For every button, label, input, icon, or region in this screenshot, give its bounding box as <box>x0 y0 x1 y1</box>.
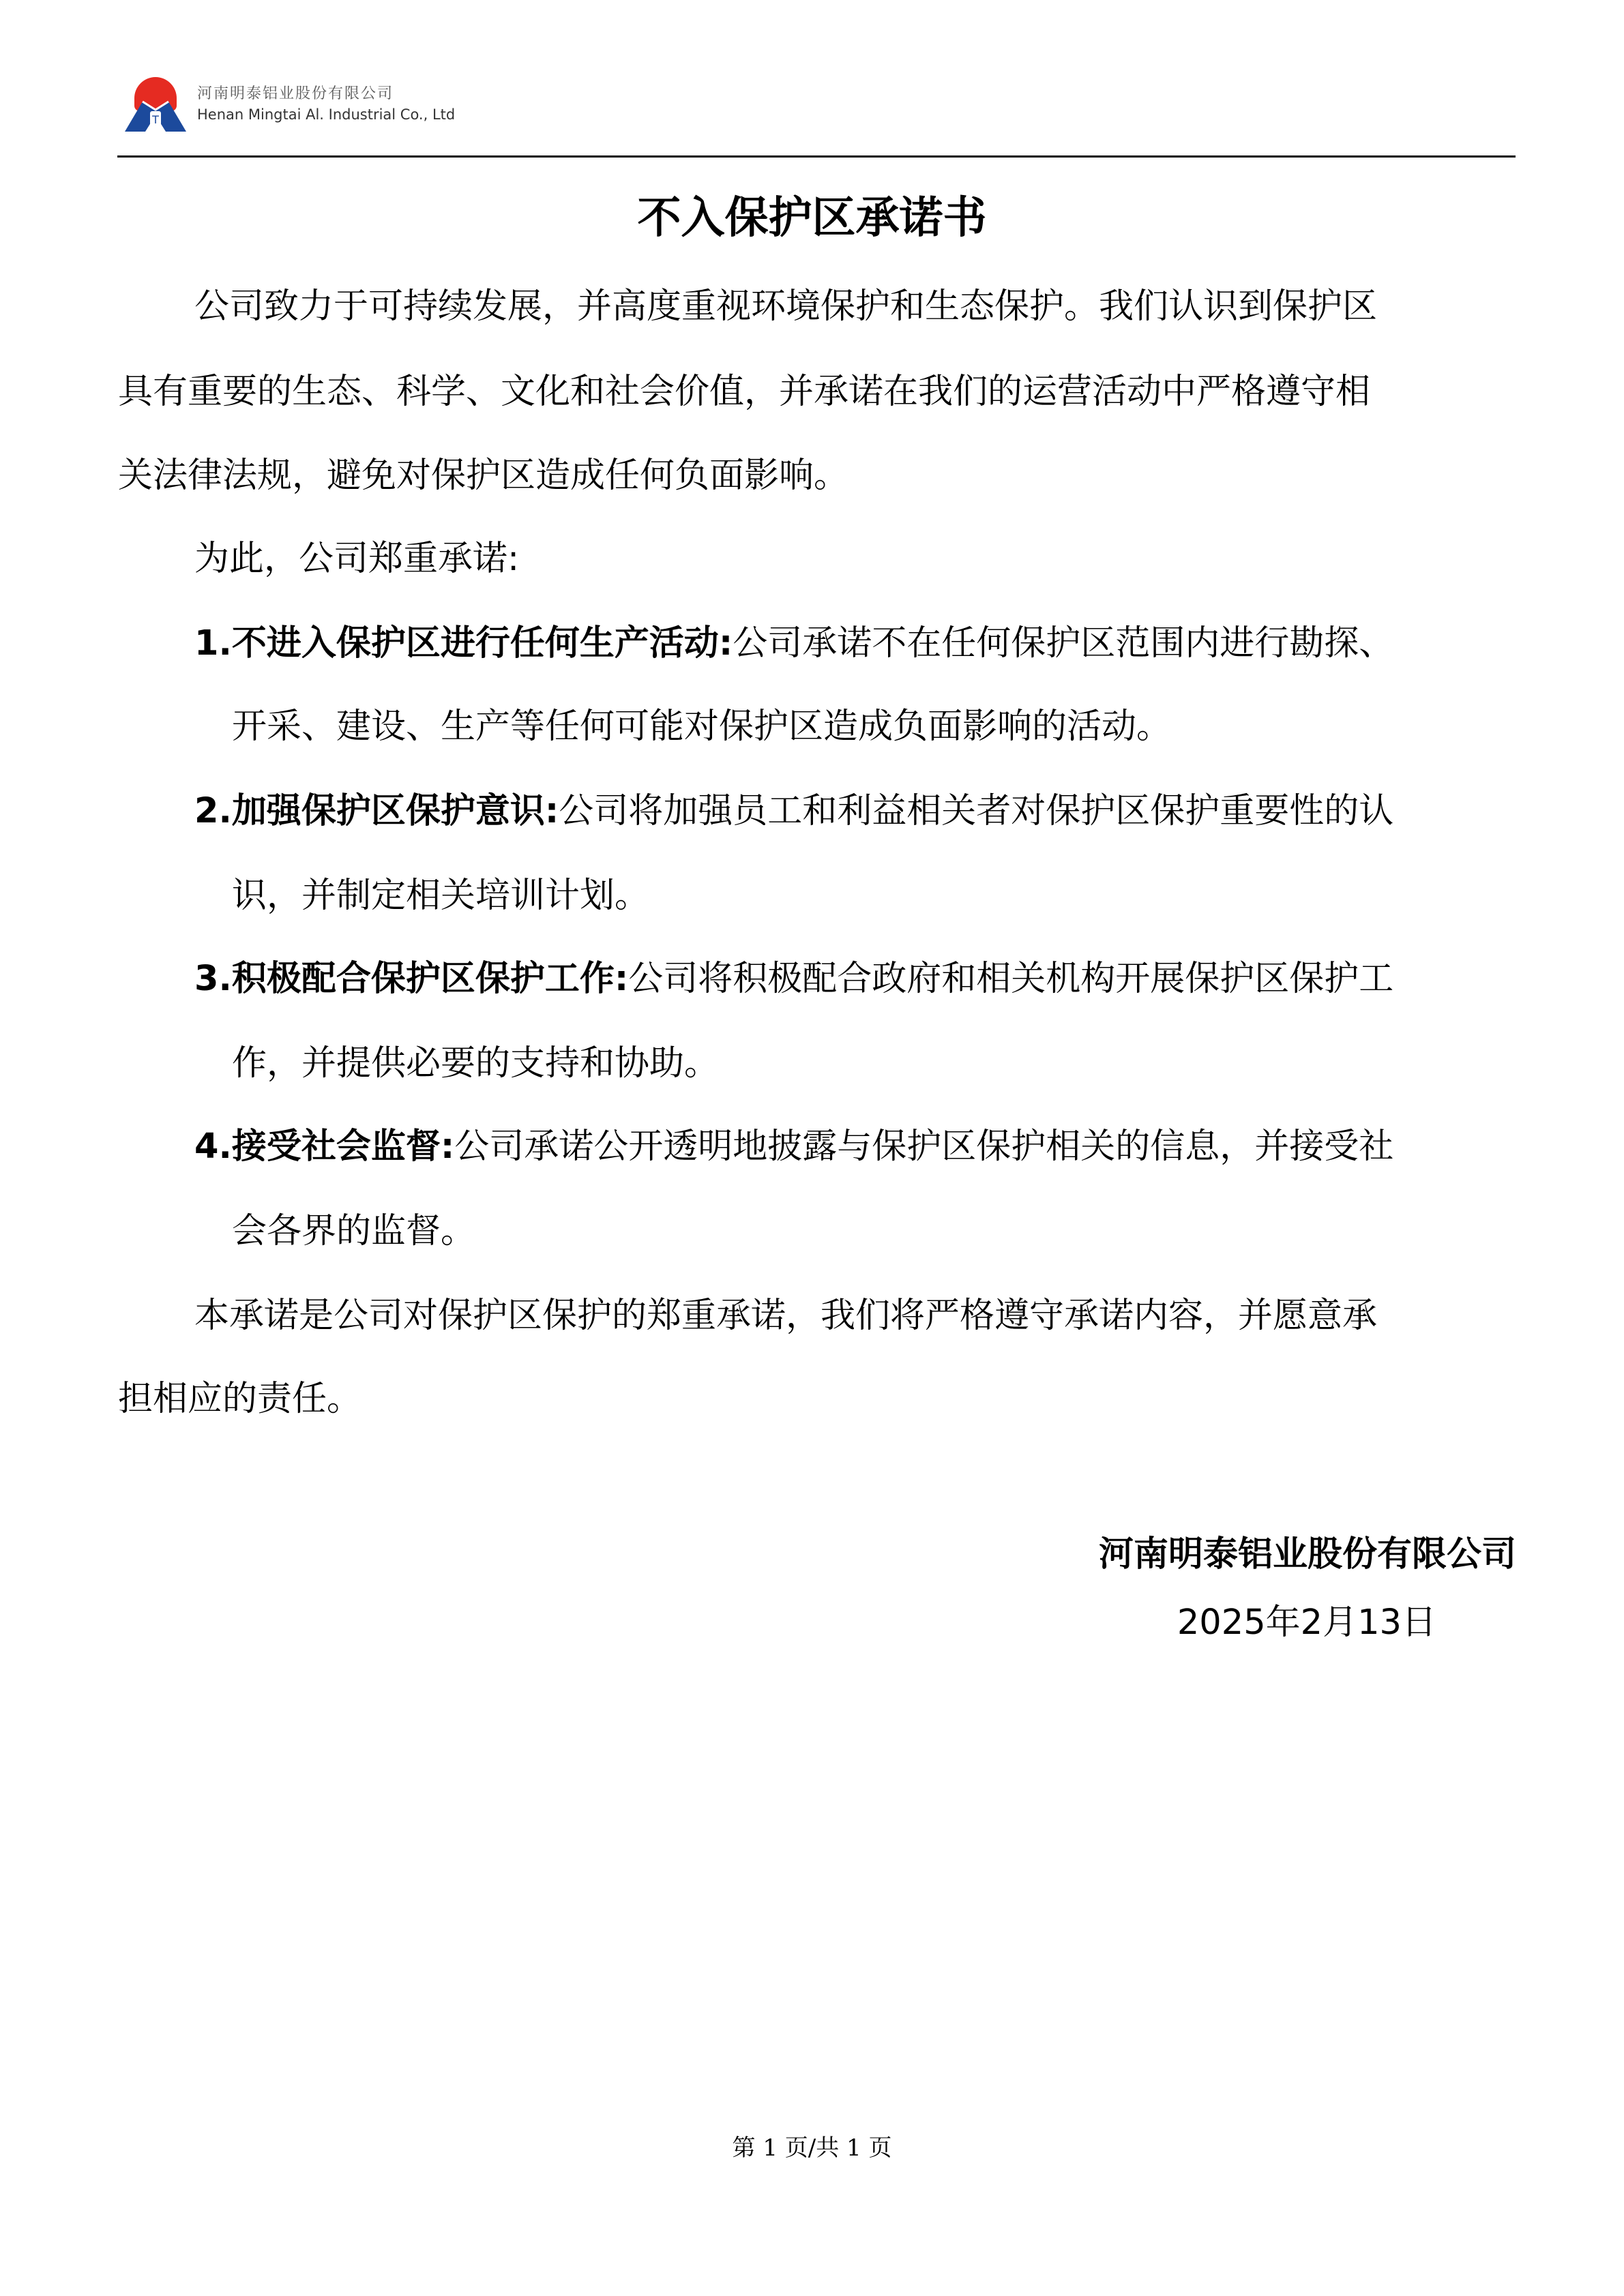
commitment-text: 公司承诺不在任何保护区范围内进行勘探、 <box>733 623 1393 664</box>
intro-line: 关法律法规，避免对保护区造成任何负面影响。 <box>118 456 848 496</box>
commitment-continuation: 开采、建设、生产等任何可能对保护区造成负面影响的活动。 <box>232 706 1171 747</box>
intro-line: 具有重要的生态、科学、文化和社会价值，并承诺在我们的运营活动中严格遵守相 <box>118 372 1370 413</box>
closing-line: 本承诺是公司对保护区保护的郑重承诺，我们将严格遵守承诺内容，并愿意承 <box>194 1296 1377 1337</box>
signature-date: 2025年2月13日 <box>1177 1602 1436 1643</box>
commitment-heading: 2.加强保护区保护意识: <box>194 791 559 831</box>
commitment-heading: 4.接受社会监督: <box>194 1127 454 1167</box>
company-name-cn: 河南明泰铝业股份有限公司 <box>197 84 455 104</box>
commitment-text: 公司承诺公开透明地披露与保护区保护相关的信息，并接受社 <box>454 1127 1393 1167</box>
commitment-continuation: 会各界的监督。 <box>232 1211 475 1252</box>
commitment-continuation: 作，并提供必要的支持和协助。 <box>232 1043 719 1084</box>
commitment-heading: 1.不进入保护区进行任何生产活动: <box>194 623 733 664</box>
commitment-heading: 3.积极配合保护区保护工作: <box>194 959 628 999</box>
closing-line: 担相应的责任。 <box>118 1379 361 1420</box>
commitment-item-1: 1.不进入保护区进行任何生产活动:公司承诺不在任何保护区范围内进行勘探、 <box>194 623 1393 664</box>
intro-line: 公司致力于可持续发展，并高度重视环境保护和生态保护。我们认识到保护区 <box>194 286 1377 327</box>
mingtai-logo-icon: T <box>125 77 186 132</box>
commitment-item-4: 4.接受社会监督:公司承诺公开透明地披露与保护区保护相关的信息，并接受社 <box>194 1127 1393 1167</box>
commitment-text: 公司将积极配合政府和相关机构开展保护区保护工 <box>628 959 1393 999</box>
signature-company: 河南明泰铝业股份有限公司 <box>1099 1534 1516 1575</box>
svg-text:T: T <box>151 113 159 126</box>
document-title: 不入保护区承诺书 <box>0 191 1624 245</box>
commitment-text: 公司将加强员工和利益相关者对保护区保护重要性的认 <box>559 791 1393 831</box>
company-name-en: Henan Mingtai Al. Industrial Co., Ltd <box>197 104 455 125</box>
commitment-lead: 为此，公司郑重承诺: <box>194 539 519 580</box>
header-divider <box>117 155 1516 158</box>
commitment-continuation: 识，并制定相关培训计划。 <box>232 876 649 916</box>
commitment-item-3: 3.积极配合保护区保护工作:公司将积极配合政府和相关机构开展保护区保护工 <box>194 959 1393 1000</box>
letterhead: T 河南明泰铝业股份有限公司 Henan Mingtai Al. Industr… <box>125 74 455 135</box>
page-number: 第 1 页/共 1 页 <box>0 2134 1624 2162</box>
commitment-item-2: 2.加强保护区保护意识:公司将加强员工和利益相关者对保护区保护重要性的认 <box>194 791 1393 832</box>
